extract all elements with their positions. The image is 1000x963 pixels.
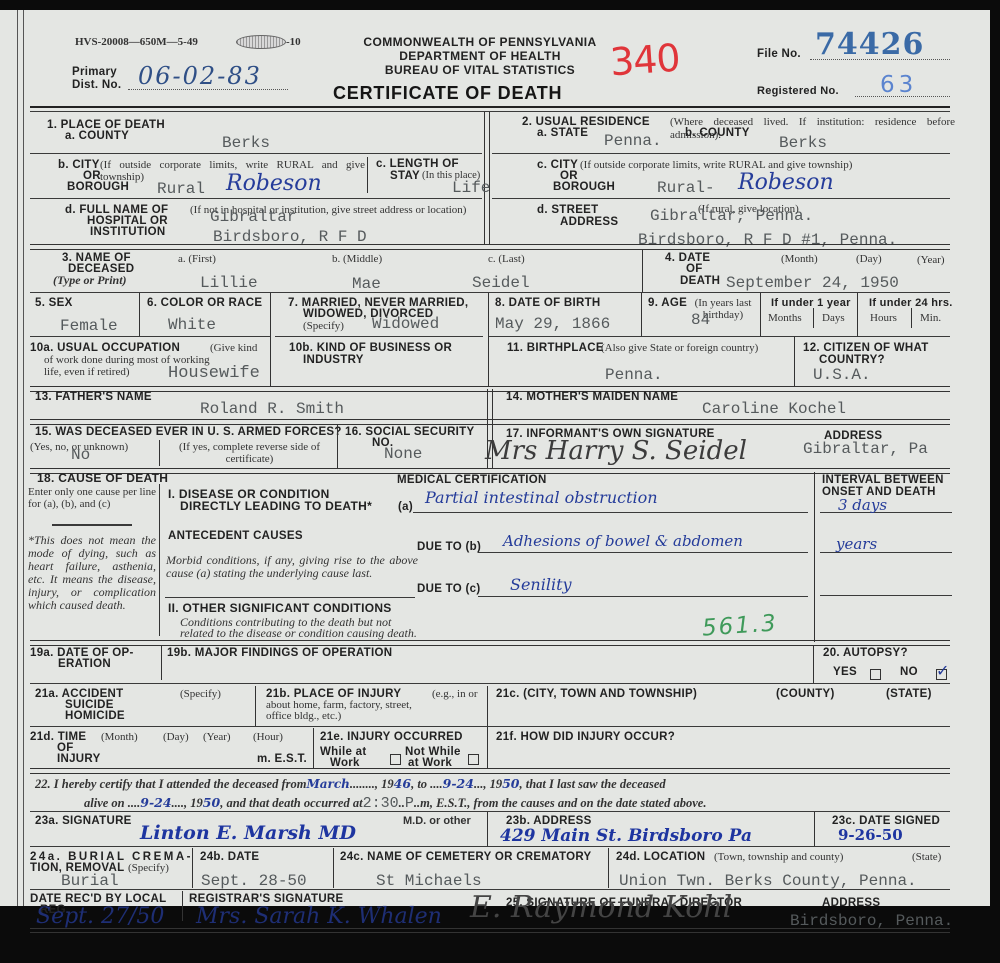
registered-no-value: 63 bbox=[880, 72, 917, 98]
injury-place-note-3: office bldg., etc.) bbox=[266, 710, 341, 722]
findings-label: 19b. MAJOR FINDINGS OF OPERATION bbox=[167, 647, 392, 659]
citizen-value: U.S.A. bbox=[813, 367, 871, 383]
informant-signature: Mrs Harry S. Seidel bbox=[485, 436, 747, 466]
hospital-label-3: INSTITUTION bbox=[90, 226, 166, 238]
cert-text: , to bbox=[411, 777, 427, 791]
cert-text: , 19 bbox=[375, 777, 394, 791]
armed-forces-label: 15. WAS DECEASED EVER IN U. S. ARMED FOR… bbox=[35, 426, 342, 438]
autopsy-yes-checkbox[interactable] bbox=[870, 669, 881, 680]
cert-ampm-value: P bbox=[405, 795, 414, 812]
mother-label: 14. MOTHER'S MAIDEN NAME bbox=[506, 391, 678, 403]
first-name-label: a. (First) bbox=[178, 253, 216, 265]
cause-a-value: Partial intestinal obstruction bbox=[425, 488, 658, 507]
cause-a-label: (a) bbox=[398, 501, 413, 513]
burial-date-value: Sept. 28-50 bbox=[201, 873, 307, 889]
instruction-divider bbox=[52, 524, 132, 526]
months-label: Months bbox=[768, 312, 802, 324]
cemetery-label: 24c. NAME OF CEMETERY OR CREMATORY bbox=[340, 851, 592, 863]
cemetery-value: St Michaels bbox=[376, 873, 482, 889]
header-rule-2 bbox=[30, 111, 950, 112]
cert-to-value: 9-24 bbox=[443, 776, 474, 791]
agency-line-1: COMMONWEALTH OF PENNSYLVANIA bbox=[330, 35, 630, 49]
res-state-value: Penna. bbox=[604, 133, 662, 149]
injury-location-label: 21c. (CITY, TOWN AND TOWNSHIP) bbox=[496, 688, 697, 700]
cause-b-value: Adhesions of bowel & abdomen bbox=[503, 532, 743, 550]
agency-line-2: DEPARTMENT OF HEALTH bbox=[330, 49, 630, 63]
date-signed-value: 9-26-50 bbox=[838, 826, 903, 844]
res-street-value-1: Gibraltar, Penna. bbox=[650, 208, 813, 224]
physician-address: 429 Main St. Birdsboro Pa bbox=[500, 826, 752, 846]
hospital-value-2: Birdsboro, R F D bbox=[213, 229, 367, 245]
middle-name-value: Mae bbox=[352, 276, 381, 292]
row-rule bbox=[30, 846, 950, 847]
father-label: 13. FATHER'S NAME bbox=[35, 391, 152, 403]
cert-time-value: 2:30 bbox=[363, 795, 399, 812]
injury-time-month: (Month) bbox=[101, 731, 138, 743]
autopsy-label: 20. AUTOPSY? bbox=[823, 647, 908, 659]
morbid-note: Morbid conditions, if any, giving rise t… bbox=[166, 554, 418, 580]
form-code-suffix: -10 bbox=[286, 36, 301, 48]
race-label: 6. COLOR OR RACE bbox=[147, 297, 262, 309]
operation-date-label-2: ERATION bbox=[58, 658, 111, 670]
row-rule bbox=[30, 683, 950, 684]
res-city-handwritten: Robeson bbox=[738, 170, 834, 195]
days-label: Days bbox=[822, 312, 845, 324]
cause-b-line bbox=[478, 552, 808, 553]
hours-label: Hours bbox=[870, 312, 897, 324]
registrar-signature: Mrs. Sarah K. Whalen bbox=[196, 904, 442, 929]
pod-city-typed: Rural bbox=[157, 181, 205, 197]
cause-c-line bbox=[478, 596, 808, 597]
citizen-label-2: COUNTRY? bbox=[819, 354, 885, 366]
field-divider bbox=[488, 336, 489, 387]
field-divider bbox=[255, 686, 256, 726]
under-year-label: If under 1 year bbox=[771, 297, 851, 309]
dob-value: May 29, 1866 bbox=[495, 316, 610, 332]
field-divider bbox=[642, 249, 643, 292]
part1-label-2: DIRECTLY LEADING TO DEATH* bbox=[180, 500, 372, 512]
row-rule bbox=[488, 336, 950, 337]
occupation-label: 10a. USUAL OCCUPATION bbox=[30, 342, 180, 354]
burial-date-label: 24b. DATE bbox=[200, 851, 259, 863]
red-code-mark: 340 bbox=[609, 36, 681, 85]
dod-month-label: (Month) bbox=[781, 253, 818, 265]
cert-from-year: 46 bbox=[394, 776, 411, 791]
cert-alive-year: 50 bbox=[203, 795, 220, 810]
date-received-value: Sept. 27/50 bbox=[36, 904, 164, 929]
funeral-address-value: Birdsboro, Penna. bbox=[790, 913, 953, 929]
field-divider bbox=[813, 308, 814, 328]
injury-occurred-label: 21e. INJURY OCCURRED bbox=[320, 731, 463, 743]
cert-text: , 19 bbox=[184, 796, 203, 810]
birthplace-note: (Also give State or foreign country) bbox=[601, 342, 758, 354]
interval-b-value: years bbox=[836, 535, 877, 553]
header-rule bbox=[30, 106, 950, 108]
row-rule bbox=[492, 153, 950, 154]
cause-a-line bbox=[413, 512, 808, 513]
occupation-note-1: (Give kind bbox=[210, 342, 257, 354]
left-margin-rule bbox=[17, 10, 18, 906]
field-divider bbox=[313, 728, 314, 768]
cert-text: , and that death occurred at bbox=[220, 796, 362, 810]
md-label: M.D. or other bbox=[403, 815, 471, 827]
race-value: White bbox=[168, 317, 216, 333]
min-label: Min. bbox=[920, 312, 941, 324]
scan-border-bottom bbox=[0, 934, 1000, 963]
citizen-label-1: 12. CITIZEN OF WHAT bbox=[803, 342, 929, 354]
field-divider bbox=[367, 157, 368, 193]
classification-code: 561.3 bbox=[701, 610, 778, 641]
business-label-1: 10b. KIND OF BUSINESS OR bbox=[289, 342, 452, 354]
field-divider bbox=[270, 293, 271, 387]
stay-value: Life bbox=[452, 180, 490, 196]
field-divider bbox=[139, 293, 140, 336]
field-divider bbox=[159, 440, 160, 466]
row-rule bbox=[30, 811, 950, 812]
section-rule bbox=[30, 419, 950, 425]
part2-note-2: related to the disease or condition caus… bbox=[180, 627, 417, 640]
res-street-label-1: d. STREET bbox=[537, 204, 598, 216]
funeral-director-signature: E. Raymond Kohl bbox=[470, 890, 732, 925]
stay-label: c. LENGTH OF bbox=[376, 158, 459, 170]
section-rule bbox=[30, 768, 950, 774]
field-divider bbox=[760, 293, 761, 336]
cert-text: alive on bbox=[84, 796, 125, 810]
interval-divider bbox=[814, 472, 815, 642]
burial-type-value: Burial bbox=[61, 873, 119, 889]
autopsy-no-label: NO bbox=[900, 666, 918, 678]
registered-no-label: Registered No. bbox=[757, 85, 839, 97]
injury-time-year: (Year) bbox=[203, 731, 231, 743]
pod-city-handwritten: Robeson bbox=[226, 171, 322, 196]
bottom-rule bbox=[30, 928, 950, 933]
sex-label: 5. SEX bbox=[35, 297, 73, 309]
sex-value: Female bbox=[60, 318, 118, 334]
checkmark-icon: ✓ bbox=[936, 661, 949, 680]
field-divider bbox=[487, 812, 488, 846]
physician-signature: Linton E. Marsh MD bbox=[140, 822, 356, 844]
cause-c-value: Senility bbox=[510, 575, 572, 594]
agency-line-3: BUREAU OF VITAL STATISTICS bbox=[330, 63, 630, 77]
dist-no-label: Dist. No. bbox=[72, 79, 121, 91]
father-value: Roland R. Smith bbox=[200, 401, 344, 417]
section-rule bbox=[30, 640, 950, 646]
cause-footnote: *This does not mean the mode of dying, s… bbox=[28, 534, 156, 612]
while-work-checkbox[interactable] bbox=[390, 754, 401, 765]
age-label: 9. AGE bbox=[648, 297, 687, 309]
hospital-value-1: Gibraltar bbox=[210, 209, 296, 225]
cert-text: , that I last saw the deceased bbox=[519, 777, 665, 791]
marital-label-3: (Specify) bbox=[303, 320, 344, 332]
injury-time-est: m. E.S.T. bbox=[257, 753, 307, 765]
field-divider bbox=[333, 848, 334, 888]
first-name-value: Lillie bbox=[200, 275, 258, 291]
certificate-title: CERTIFICATE OF DEATH bbox=[333, 83, 562, 104]
injury-type-specify: (Specify) bbox=[180, 688, 221, 700]
last-name-value: Seidel bbox=[472, 275, 530, 291]
res-county-value: Berks bbox=[779, 135, 827, 151]
ssn-value: None bbox=[384, 446, 422, 462]
last-name-label: c. (Last) bbox=[488, 253, 525, 265]
row-rule bbox=[30, 198, 482, 199]
injury-time-label-3: INJURY bbox=[57, 753, 101, 765]
pod-county-value: Berks bbox=[222, 135, 270, 151]
field-divider bbox=[161, 645, 162, 680]
field-divider bbox=[857, 293, 858, 336]
row-rule bbox=[275, 336, 483, 337]
left-margin-rule-2 bbox=[23, 10, 24, 906]
field-divider bbox=[192, 848, 193, 888]
field-divider bbox=[159, 484, 160, 636]
injury-time-hour: (Hour) bbox=[253, 731, 283, 743]
cert-to-year: 50 bbox=[502, 776, 519, 791]
dod-label-2: OF bbox=[686, 263, 703, 275]
age-value: 84 bbox=[691, 312, 710, 328]
cert-text: m, E.S.T., from the causes and on the da… bbox=[420, 796, 706, 810]
section-rule bbox=[30, 386, 950, 392]
interval-label-1: INTERVAL BETWEEN bbox=[822, 474, 944, 486]
dob-label: 8. DATE OF BIRTH bbox=[495, 297, 601, 309]
field-divider bbox=[182, 891, 183, 921]
autopsy-yes-label: YES bbox=[833, 666, 857, 678]
res-state-label: a. STATE bbox=[537, 127, 588, 139]
informant-address-value: Gibraltar, Pa bbox=[803, 441, 928, 457]
primary-dist-value: 06-02-83 bbox=[138, 62, 262, 90]
burial-type-specify: (Specify) bbox=[128, 862, 169, 874]
part-divider bbox=[165, 597, 415, 598]
pod-county-label: a. COUNTY bbox=[65, 130, 129, 142]
medical-cert-label: MEDICAL CERTIFICATION bbox=[397, 474, 547, 486]
cert-line-2: alive on ....9-24...., 1950, and that de… bbox=[84, 796, 706, 810]
row-rule bbox=[30, 292, 950, 293]
injury-location-state: (STATE) bbox=[886, 688, 932, 700]
field-divider bbox=[488, 293, 489, 336]
birthplace-label: 11. BIRTHPLACE bbox=[507, 342, 604, 354]
dod-day-label: (Day) bbox=[856, 253, 882, 265]
row-rule bbox=[30, 153, 482, 154]
cert-from-value: March bbox=[306, 777, 349, 791]
form-code: HVS-20008—650M—5-49 bbox=[75, 36, 198, 48]
field-divider bbox=[608, 848, 609, 888]
res-borough-label: BOROUGH bbox=[553, 181, 615, 193]
injury-how-label: 21f. HOW DID INJURY OCCUR? bbox=[496, 731, 675, 743]
mother-value: Caroline Kochel bbox=[702, 401, 846, 417]
field-divider bbox=[794, 336, 795, 387]
section-rule bbox=[30, 244, 950, 250]
injury-location-county: (COUNTY) bbox=[776, 688, 835, 700]
field-divider bbox=[337, 424, 338, 468]
dod-year-label: (Year) bbox=[917, 254, 945, 266]
file-no-label: File No. bbox=[757, 48, 801, 60]
occupation-note-3: life, even if retired) bbox=[44, 366, 130, 378]
armed-value: No bbox=[71, 447, 90, 463]
field-divider bbox=[813, 645, 814, 683]
row-rule bbox=[492, 198, 950, 199]
burial-location-state: (State) bbox=[912, 851, 941, 863]
row-rule bbox=[30, 726, 950, 727]
primary-dist-label: Primary bbox=[72, 66, 117, 78]
dod-value: September 24, 1950 bbox=[726, 275, 899, 291]
injury-type-label-3: HOMICIDE bbox=[65, 710, 125, 722]
occupation-value: Housewife bbox=[168, 366, 260, 382]
burial-location-label: 24d. LOCATION bbox=[616, 851, 705, 863]
pod-borough-label: BOROUGH bbox=[67, 181, 129, 193]
field-divider bbox=[814, 812, 815, 846]
name-label-3: (Type or Print) bbox=[53, 274, 127, 287]
cert-text: 22. I hereby certify that I attended the… bbox=[35, 777, 306, 791]
business-label-2: INDUSTRY bbox=[303, 354, 364, 366]
birthplace-value: Penna. bbox=[605, 367, 663, 383]
cause-instructions: Enter only one cause per line for (a), (… bbox=[28, 486, 156, 510]
burial-location-note: (Town, township and county) bbox=[714, 851, 843, 863]
union-label-seal-icon bbox=[236, 35, 286, 49]
field-divider bbox=[641, 293, 642, 336]
burial-location-value: Union Twn. Berks County, Penna. bbox=[619, 873, 917, 889]
ssn-label-1: 16. SOCIAL SECURITY bbox=[345, 426, 474, 438]
res-street-label-2: ADDRESS bbox=[560, 216, 618, 228]
field-divider bbox=[487, 686, 488, 768]
physician-signature-label: 23a. SIGNATURE bbox=[35, 815, 132, 827]
cause-c-label: DUE TO (c) bbox=[417, 583, 481, 595]
middle-name-label: b. (Middle) bbox=[332, 253, 382, 265]
armed-note-2: (If yes, complete reverse side of certif… bbox=[168, 441, 331, 465]
marital-value: Widowed bbox=[372, 316, 439, 332]
res-county-label: b. COUNTY bbox=[685, 127, 750, 139]
antecedent-label: ANTECEDENT CAUSES bbox=[168, 530, 303, 542]
dod-label-3: DEATH bbox=[680, 275, 720, 287]
interval-c-line bbox=[820, 595, 952, 596]
interval-a-value: 3 days bbox=[838, 496, 887, 514]
cause-of-death-label: 18. CAUSE OF DEATH bbox=[37, 472, 168, 484]
cert-line-1: 22. I hereby certify that I attended the… bbox=[35, 777, 666, 791]
cause-b-label: DUE TO (b) bbox=[417, 541, 481, 553]
file-no-value: 74426 bbox=[815, 27, 924, 62]
cert-alive-value: 9-24 bbox=[140, 795, 171, 810]
not-work-checkbox[interactable] bbox=[468, 754, 479, 765]
funeral-address-label: ADDRESS bbox=[822, 897, 880, 909]
field-divider bbox=[911, 308, 912, 328]
part2-label: II. OTHER SIGNIFICANT CONDITIONS bbox=[168, 602, 392, 614]
injury-time-day: (Day) bbox=[163, 731, 189, 743]
res-city-typed: Rural- bbox=[657, 180, 715, 196]
cert-text: , 19 bbox=[483, 777, 502, 791]
row-rule bbox=[30, 336, 270, 337]
